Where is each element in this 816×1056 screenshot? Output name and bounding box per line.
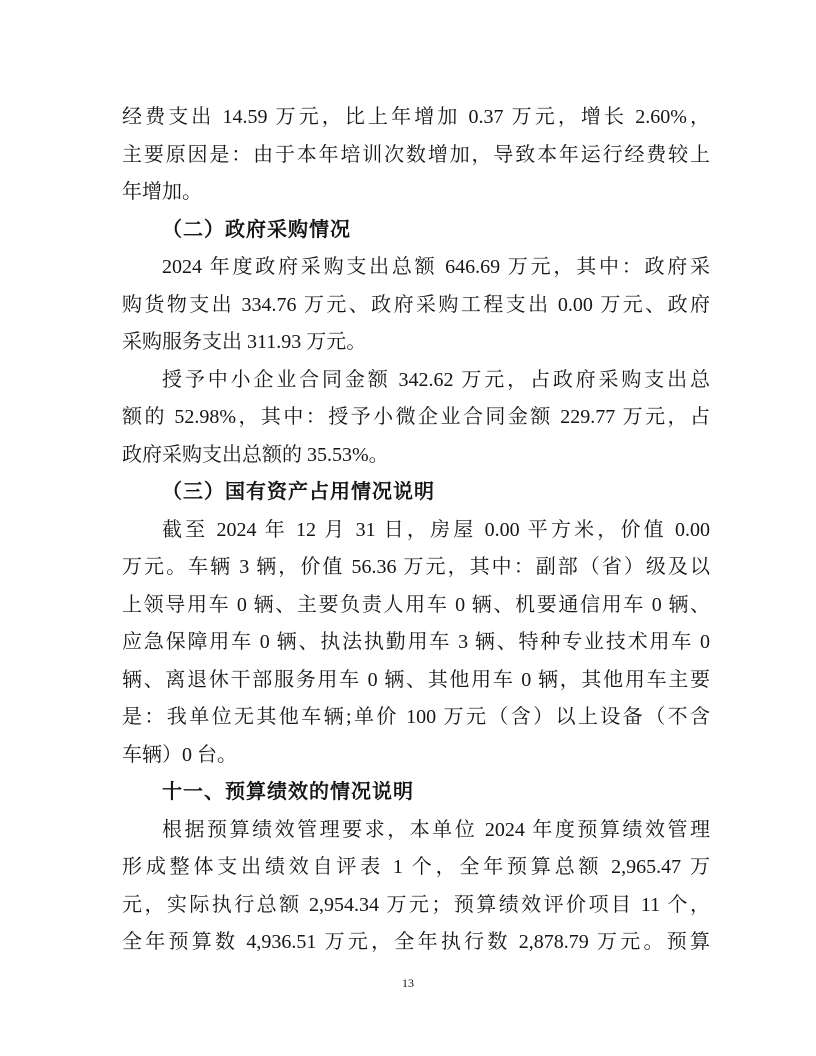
section-heading: 十一、预算绩效的情况说明 [122,774,710,812]
text-line: 额的 52.98%，其中：授予小微企业合同金额 229.77 万元，占 [122,399,710,437]
text-line: 车辆）0 台。 [122,737,710,775]
text-line: 上领导用车 0 辆、主要负责人用车 0 辆、机要通信用车 0 辆、 [122,587,710,625]
text-line: 截至 2024 年 12 月 31 日，房屋 0.00 平方米，价值 0.00 [122,512,710,550]
text-line: 应急保障用车 0 辆、执法执勤用车 3 辆、特种专业技术用车 0 [122,624,710,662]
page-number: 13 [0,976,816,991]
text-line: 政府采购支出总额的 35.53%。 [122,437,710,475]
text-line: 主要原因是：由于本年培训次数增加，导致本年运行经费较上 [122,137,710,175]
text-line: 辆、离退休干部服务用车 0 辆、其他用车 0 辆，其他用车主要 [122,662,710,700]
text-line: 经费支出 14.59 万元，比上年增加 0.37 万元，增长 2.60%， [122,99,710,137]
text-line: 万元。车辆 3 辆，价值 56.36 万元，其中：副部（省）级及以 [122,549,710,587]
section-heading: （二）政府采购情况 [122,212,710,250]
text-line: 2024 年度政府采购支出总额 646.69 万元，其中：政府采 [122,249,710,287]
section-heading: （三）国有资产占用情况说明 [122,474,710,512]
text-line: 形成整体支出绩效自评表 1 个，全年预算总额 2,965.47 万 [122,849,710,887]
text-line: 是：我单位无其他车辆;单价 100 万元（含）以上设备（不含 [122,699,710,737]
document-page: 经费支出 14.59 万元，比上年增加 0.37 万元，增长 2.60%， 主要… [0,0,816,1056]
text-line: 根据预算绩效管理要求，本单位 2024 年度预算绩效管理 [122,812,710,850]
text-line: 元，实际执行总额 2,954.34 万元；预算绩效评价项目 11 个， [122,887,710,925]
text-line: 采购服务支出 311.93 万元。 [122,324,710,362]
text-line: 购货物支出 334.76 万元、政府采购工程支出 0.00 万元、政府 [122,287,710,325]
document-body: 经费支出 14.59 万元，比上年增加 0.37 万元，增长 2.60%， 主要… [122,99,710,962]
text-line: 授予中小企业合同金额 342.62 万元，占政府采购支出总 [122,362,710,400]
text-line: 年增加。 [122,174,710,212]
text-line: 全年预算数 4,936.51 万元，全年执行数 2,878.79 万元。预算 [122,924,710,962]
